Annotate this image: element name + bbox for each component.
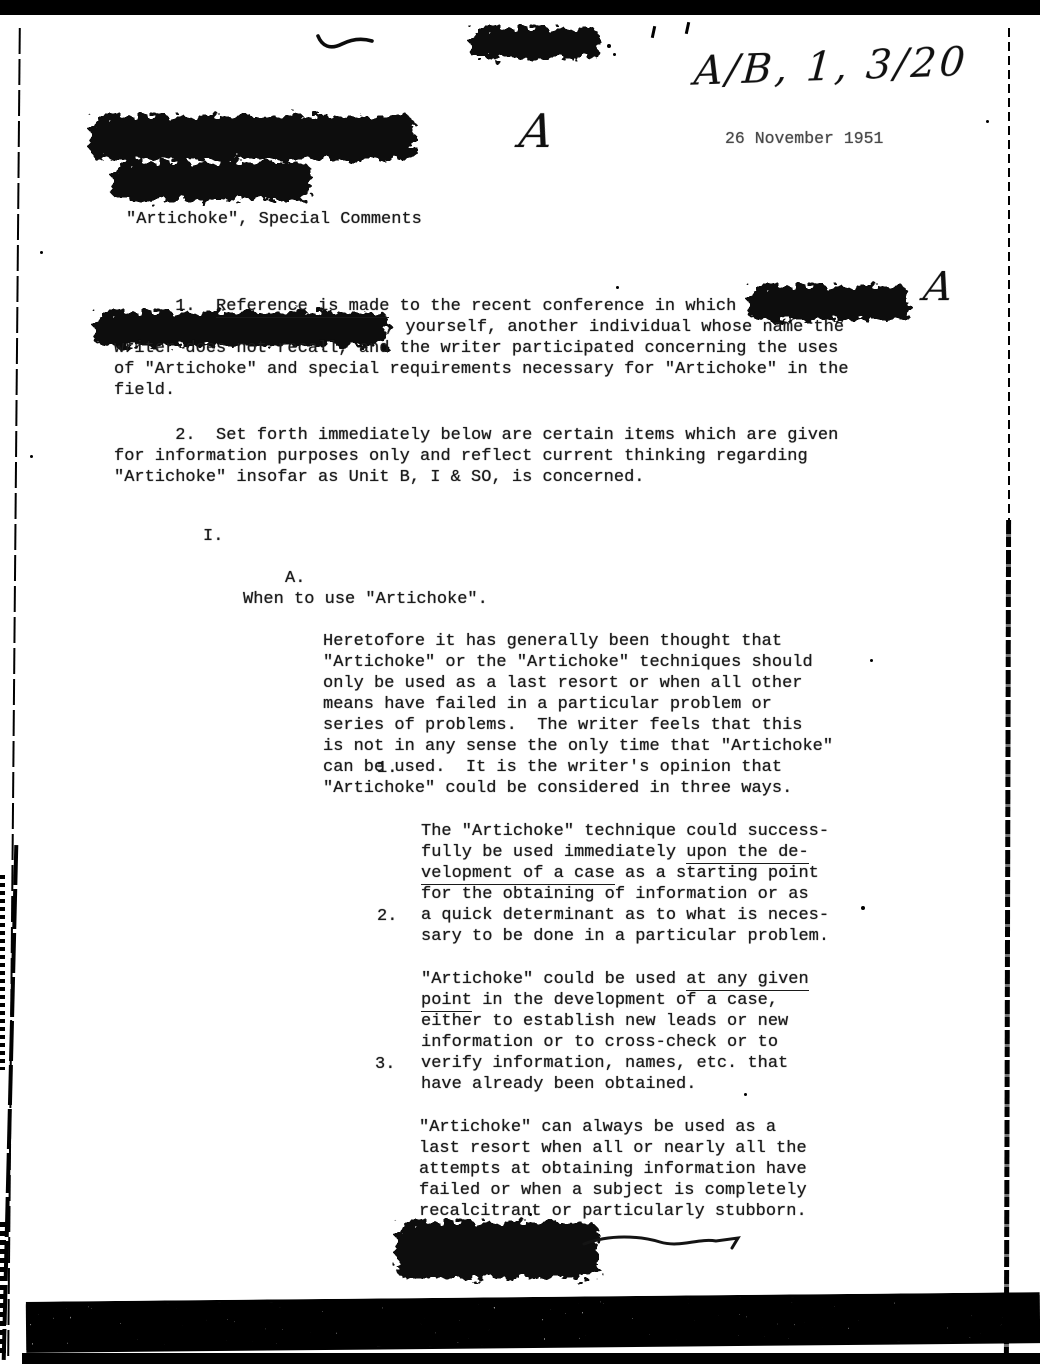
text-line: failed or when a subject is completely: [419, 1180, 807, 1201]
item-2-label: 2.: [377, 906, 397, 927]
text-line: "Artichoke" could be used at any given: [421, 969, 809, 990]
text-segment: last resort when all or nearly all the: [419, 1139, 807, 1158]
text-line: for the obtaining of information or as: [421, 884, 829, 905]
text-line: fully be used immediately upon the de-: [421, 842, 829, 863]
text-line: writer does not recall, and the writer p…: [114, 338, 887, 359]
subject-line: "Artichoke", Special Comments: [126, 209, 422, 230]
handwritten-mark-a-side: A: [921, 264, 956, 310]
item-1-label: 1.: [377, 758, 397, 779]
text-segment: is not in any sense the only time that "…: [323, 737, 833, 756]
scan-edge-top-bar: [0, 0, 1040, 15]
text-segment: for the obtaining of information or as: [421, 885, 809, 904]
handwritten-classification-ref: A/B, 1, 3/20: [692, 39, 969, 95]
text-line: of "Artichoke" and special requirements …: [114, 359, 887, 380]
text-line: 1. Reference is made to the recent confe…: [114, 296, 887, 317]
numbered-item-3: 3. "Artichoke" can always be used as ala…: [375, 1054, 807, 1264]
text-line: recalcitrant or particularly stubborn.: [419, 1201, 807, 1222]
text-line: point in the development of a case,: [421, 990, 809, 1011]
point-a-label: A.: [285, 568, 305, 589]
speck: [616, 286, 619, 289]
text-segment: only be used as a last resort or when al…: [323, 674, 802, 693]
document-date: 26 November 1951: [725, 128, 883, 149]
scan-edge-marks: [0, 875, 5, 1070]
text-segment: means have failed in a particular proble…: [323, 695, 772, 714]
paragraph-2: 2. Set forth immediately below are certa…: [114, 425, 838, 488]
text-segment: Heretofore it has generally been thought…: [323, 632, 782, 651]
text-line: attempts at obtaining information have: [419, 1159, 807, 1180]
item-3-label: 3.: [375, 1054, 395, 1075]
scan-right-margin-line: [1008, 28, 1010, 528]
text-line: is not in any sense the only time that "…: [323, 736, 833, 757]
text-line: , yourself, another individual whose nam…: [114, 317, 887, 338]
text-segment: information or to cross-check or to: [421, 1033, 778, 1052]
text-line: The "Artichoke" technique could success-: [421, 821, 829, 842]
text-line: "Artichoke" insofar as Unit B, I & SO, i…: [114, 467, 838, 488]
paragraph-1: 1. Reference is made to the recent confe…: [114, 296, 887, 401]
text-segment: "Artichoke" can always be used as a: [419, 1118, 776, 1137]
text-line: for information purposes only and reflec…: [114, 446, 838, 467]
text-segment: "Artichoke" insofar as Unit B, I & SO, i…: [114, 468, 645, 487]
scan-noise-band: [26, 1292, 1040, 1354]
speck: [30, 455, 33, 458]
speck: [870, 659, 873, 662]
scanned-document-page: A/B, 1, 3/20 A A 26 November 1951 "Artic…: [0, 0, 1040, 1364]
text-segment: writer does not recall, and the writer p…: [114, 339, 838, 358]
text-line: last resort when all or nearly all the: [419, 1138, 807, 1159]
speck: [607, 44, 611, 48]
text-segment: 1.: [114, 297, 216, 316]
text-segment: at any given: [686, 970, 808, 991]
text-segment: Reference is made: [216, 297, 389, 318]
text-segment: fully be used immediately: [421, 843, 686, 862]
text-segment: of "Artichoke" and special requirements …: [114, 360, 849, 379]
text-line: field.: [114, 380, 887, 401]
text-segment: upon the de-: [686, 843, 808, 864]
text-segment: to the recent conference in which: [389, 297, 746, 316]
redaction-blob-top: [458, 16, 610, 70]
text-line: 2. Set forth immediately below are certa…: [114, 425, 838, 446]
text-segment: for information purposes only and reflec…: [114, 447, 808, 466]
text-line: velopment of a case as a starting point: [421, 863, 829, 884]
handwritten-mark-a-top: A: [516, 104, 557, 158]
text-line: series of problems. The writer feels tha…: [323, 715, 833, 736]
redaction-blob-address-2: [100, 150, 322, 212]
text-segment: point: [421, 991, 472, 1012]
speck: [986, 120, 989, 123]
inline-redaction-space: [747, 308, 887, 310]
speck: [861, 906, 865, 910]
speck: [613, 53, 616, 56]
text-segment: either to establish new leads or new: [421, 1012, 788, 1031]
inline-redaction-space: [96, 329, 385, 331]
text-segment: "Artichoke" could be used: [421, 970, 686, 989]
section-number: I.: [203, 526, 223, 547]
text-line: "Artichoke" can always be used as a: [419, 1117, 807, 1138]
text-segment: series of problems. The writer feels tha…: [323, 716, 802, 735]
text-segment: as a starting point: [615, 864, 819, 883]
text-line: Heretofore it has generally been thought…: [323, 631, 833, 652]
text-line: information or to cross-check or to: [421, 1032, 809, 1053]
text-segment: in the development of a case,: [472, 991, 778, 1010]
text-line: means have failed in a particular proble…: [323, 694, 833, 715]
text-segment: velopment of a case: [421, 864, 615, 885]
text-segment: The "Artichoke" technique could success-: [421, 822, 829, 841]
scan-edge-marks: [0, 1222, 6, 1356]
scan-right-margin-line-heavy: [1004, 520, 1011, 1354]
pen-tick: [685, 22, 690, 34]
scan-edge-bottom-bar: [22, 1353, 1040, 1364]
item-3-text: "Artichoke" can always be used as alast …: [419, 1117, 807, 1222]
text-line: only be used as a last resort or when al…: [323, 673, 833, 694]
text-segment: failed or when a subject is completely: [419, 1181, 807, 1200]
text-segment: "Artichoke" or the "Artichoke" technique…: [323, 653, 813, 672]
text-segment: field.: [114, 381, 175, 400]
text-segment: 2. Set forth immediately below are certa…: [114, 426, 838, 445]
text-line: "Artichoke" or the "Artichoke" technique…: [323, 652, 833, 673]
text-segment: recalcitrant or particularly stubborn.: [419, 1202, 807, 1221]
pen-tick: [651, 26, 656, 38]
text-segment: , yourself, another individual whose nam…: [385, 318, 844, 337]
checkmark-swoosh: [314, 28, 376, 56]
speck: [40, 251, 43, 254]
text-line: either to establish new leads or new: [421, 1011, 809, 1032]
text-segment: attempts at obtaining information have: [419, 1160, 807, 1179]
